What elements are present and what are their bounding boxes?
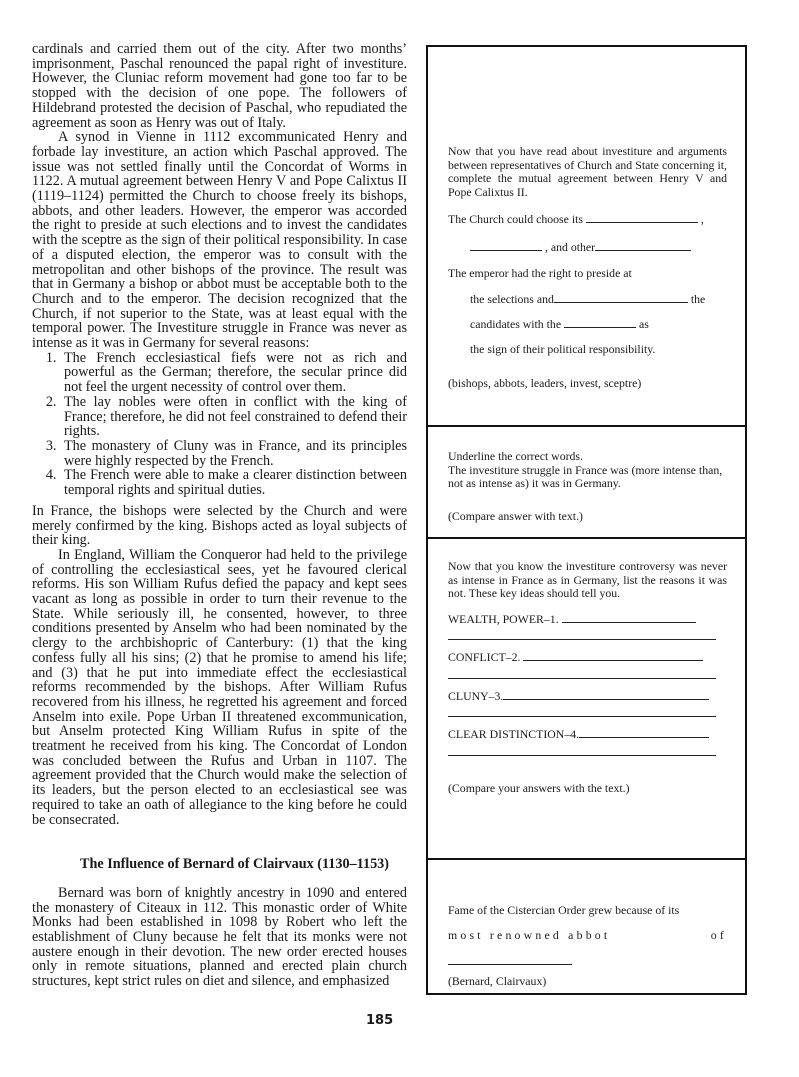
blank-field[interactable] — [448, 964, 572, 965]
frame-1: Now that you have read about investiture… — [428, 47, 745, 427]
fill-label: , — [701, 212, 704, 226]
fill-line: the selections and the — [448, 292, 727, 307]
blank-field[interactable] — [586, 212, 698, 223]
paragraph: In France, the bishops were selected by … — [32, 504, 407, 548]
answer-key: (Bernard, Clairvaux) — [448, 975, 727, 989]
blank-field[interactable] — [470, 240, 542, 251]
main-text-column: cardinals and carried them out of the ci… — [32, 42, 407, 989]
fill-line: The Church could choose its , — [448, 212, 727, 227]
key-idea-label: WEALTH, POWER–1. — [448, 612, 559, 626]
fill-line: , and other — [448, 240, 727, 255]
exercise-frames: Now that you have read about investiture… — [426, 45, 747, 995]
fill-label: The Church could choose its — [448, 212, 583, 226]
list-item: The monastery of Cluny was in France, an… — [60, 439, 407, 468]
blank-field[interactable] — [554, 292, 688, 303]
blank-field[interactable] — [595, 240, 691, 251]
list-item: The French were able to make a clearer d… — [60, 468, 407, 497]
frame-text: Fame of the Cistercian Order grew becaus… — [448, 904, 727, 918]
fill-line: WEALTH, POWER–1. — [448, 612, 727, 627]
fill-label: most renowned abbot — [448, 929, 610, 943]
key-idea-label: CONFLICT–2. — [448, 650, 520, 664]
frame-intro: Now that you know the investiture contro… — [448, 560, 727, 601]
blank-field[interactable] — [448, 677, 716, 679]
fill-line: most renowned abbot of — [448, 929, 727, 943]
fill-line: CLEAR DISTINCTION–4. — [448, 727, 727, 742]
key-idea-label: CLUNY–3. — [448, 689, 503, 703]
answer-note: (Compare your answers with the text.) — [448, 782, 727, 796]
fill-label: candidates with the — [470, 317, 561, 331]
key-idea-label: CLEAR DISTINCTION–4. — [448, 727, 579, 741]
blank-field[interactable] — [448, 715, 716, 717]
blank-field[interactable] — [562, 612, 696, 623]
blank-field[interactable] — [579, 727, 709, 738]
fill-line: the sign of their political responsibili… — [448, 343, 727, 357]
frame-3: Now that you know the investiture contro… — [428, 539, 745, 860]
paragraph: cardinals and carried them out of the ci… — [32, 42, 407, 130]
fill-label: , and other — [545, 240, 595, 254]
answer-note: (Compare answer with text.) — [448, 510, 727, 524]
reasons-list: The French ecclesiastical fiefs were not… — [32, 351, 407, 498]
frame-intro: Now that you have read about investiture… — [448, 145, 727, 199]
page-number: 185 — [366, 1013, 393, 1028]
fill-line: CLUNY–3. — [448, 689, 727, 704]
fill-label: the — [691, 292, 705, 306]
list-item: The lay nobles were often in conflict wi… — [60, 395, 407, 439]
answer-key: (bishops, abbots, leaders, invest, scept… — [448, 377, 727, 391]
blank-field[interactable] — [448, 754, 716, 756]
frame-4: Fame of the Cistercian Order grew becaus… — [428, 860, 745, 993]
blank-field[interactable] — [564, 317, 636, 328]
fill-label: of — [711, 929, 727, 943]
fill-label: as — [639, 317, 649, 331]
blank-field[interactable] — [503, 689, 709, 700]
paragraph: A synod in Vienne in 1112 excommunicated… — [32, 130, 407, 351]
fill-line: The emperor had the right to preside at — [448, 267, 727, 281]
paragraph: Bernard was born of knightly ancestry in… — [32, 886, 407, 989]
blank-field[interactable] — [448, 638, 716, 640]
blank-field[interactable] — [523, 650, 703, 661]
frame-instruction: Underline the correct words. — [448, 450, 727, 464]
frame-question: The investiture struggle in France was (… — [448, 464, 727, 491]
fill-label: the selections and — [470, 292, 554, 306]
section-heading: The Influence of Bernard of Clairvaux (1… — [32, 857, 407, 872]
fill-line: CONFLICT–2. — [448, 650, 727, 665]
fill-line: candidates with the as — [448, 317, 727, 332]
paragraph: In England, William the Conqueror had he… — [32, 548, 407, 827]
list-item: The French ecclesiastical fiefs were not… — [60, 351, 407, 395]
frame-2: Underline the correct words. The investi… — [428, 427, 745, 539]
